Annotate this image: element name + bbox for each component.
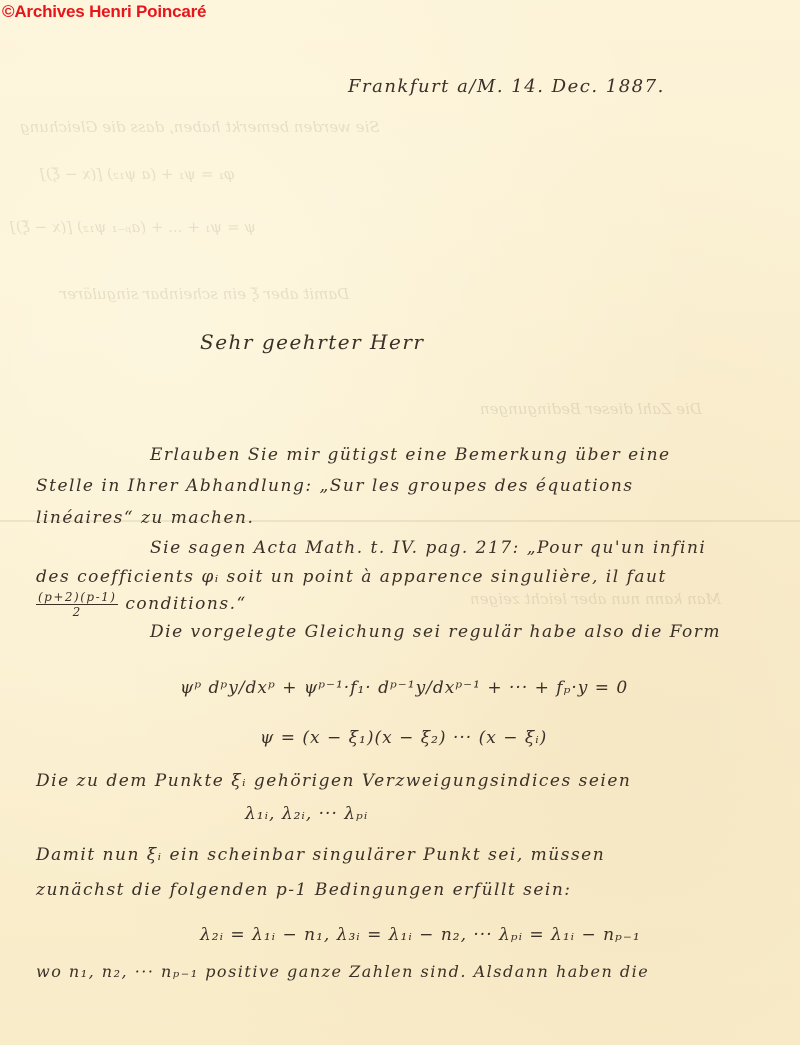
body-line: Erlauben Sie mir gütigst eine Bemerkung …: [150, 445, 671, 465]
bleed-through-text: Damit aber ξ ein scheinbar singulärer: [60, 285, 349, 303]
salutation: Sehr geehrter Herr: [200, 330, 424, 354]
body-line: Die zu dem Punkte ξᵢ gehörigen Verzweigu…: [36, 771, 631, 791]
scan-border: [0, 1045, 800, 1055]
bleed-through-text: Die Zahl dieser Bedingungen: [480, 400, 702, 418]
body-line: zunächst die folgenden p-1 Bedingungen e…: [36, 880, 572, 900]
archive-watermark: ©Archives Henri Poincaré: [2, 2, 206, 22]
body-line: conditions.“: [125, 594, 246, 614]
differential-equation: ψᵖ dᵖy/dxᵖ + ψᵖ⁻¹·f₁· dᵖ⁻¹y/dxᵖ⁻¹ + ··· …: [180, 678, 628, 698]
fraction-denominator: 2: [73, 605, 82, 619]
place-date: Frankfurt a/M. 14. Dec. 1887.: [348, 76, 665, 97]
body-line: wo n₁, n₂, ··· nₚ₋₁ positive ganze Zahle…: [36, 962, 649, 981]
indices-equation: λ₁ᵢ, λ₂ᵢ, ··· λₚᵢ: [245, 804, 368, 824]
body-line: Stelle in Ihrer Abhandlung: „Sur les gro…: [36, 476, 634, 496]
fraction-numerator: (p+2)(p-1): [36, 590, 118, 605]
bleed-through-text: Man kann nun aber leicht zeigen: [470, 590, 721, 608]
bleed-through-text: φ₁ = ψ₁ + (a ψ₁₂) [(x − ξ)]: [40, 165, 235, 183]
body-line: Damit nun ξᵢ ein scheinbar singulärer Pu…: [36, 845, 605, 865]
psi-equation: ψ = (x − ξ₁)(x − ξ₂) ··· (x − ξᵢ): [260, 728, 547, 748]
body-line: linéaires“ zu machen.: [36, 508, 254, 528]
body-line: Sie sagen Acta Math. t. IV. pag. 217: „P…: [150, 538, 706, 558]
bleed-through-text: ψ = ψ₁ + ... + (aₚ₋₁ ψ₁₂) [(x − ξ)]: [10, 218, 256, 236]
fraction: (p+2)(p-1) 2: [36, 590, 118, 619]
conditions-equation: λ₂ᵢ = λ₁ᵢ − n₁, λ₃ᵢ = λ₁ᵢ − n₂, ··· λₚᵢ …: [200, 925, 641, 945]
bleed-through-text: Sie werden bemerkt haben, dass die Gleic…: [20, 118, 380, 136]
body-line: Die vorgelegte Gleichung sei regulär hab…: [150, 622, 721, 642]
conditions-line: (p+2)(p-1) 2 conditions.“: [36, 590, 247, 619]
body-line: des coefficients φᵢ soit un point à appa…: [36, 567, 667, 587]
